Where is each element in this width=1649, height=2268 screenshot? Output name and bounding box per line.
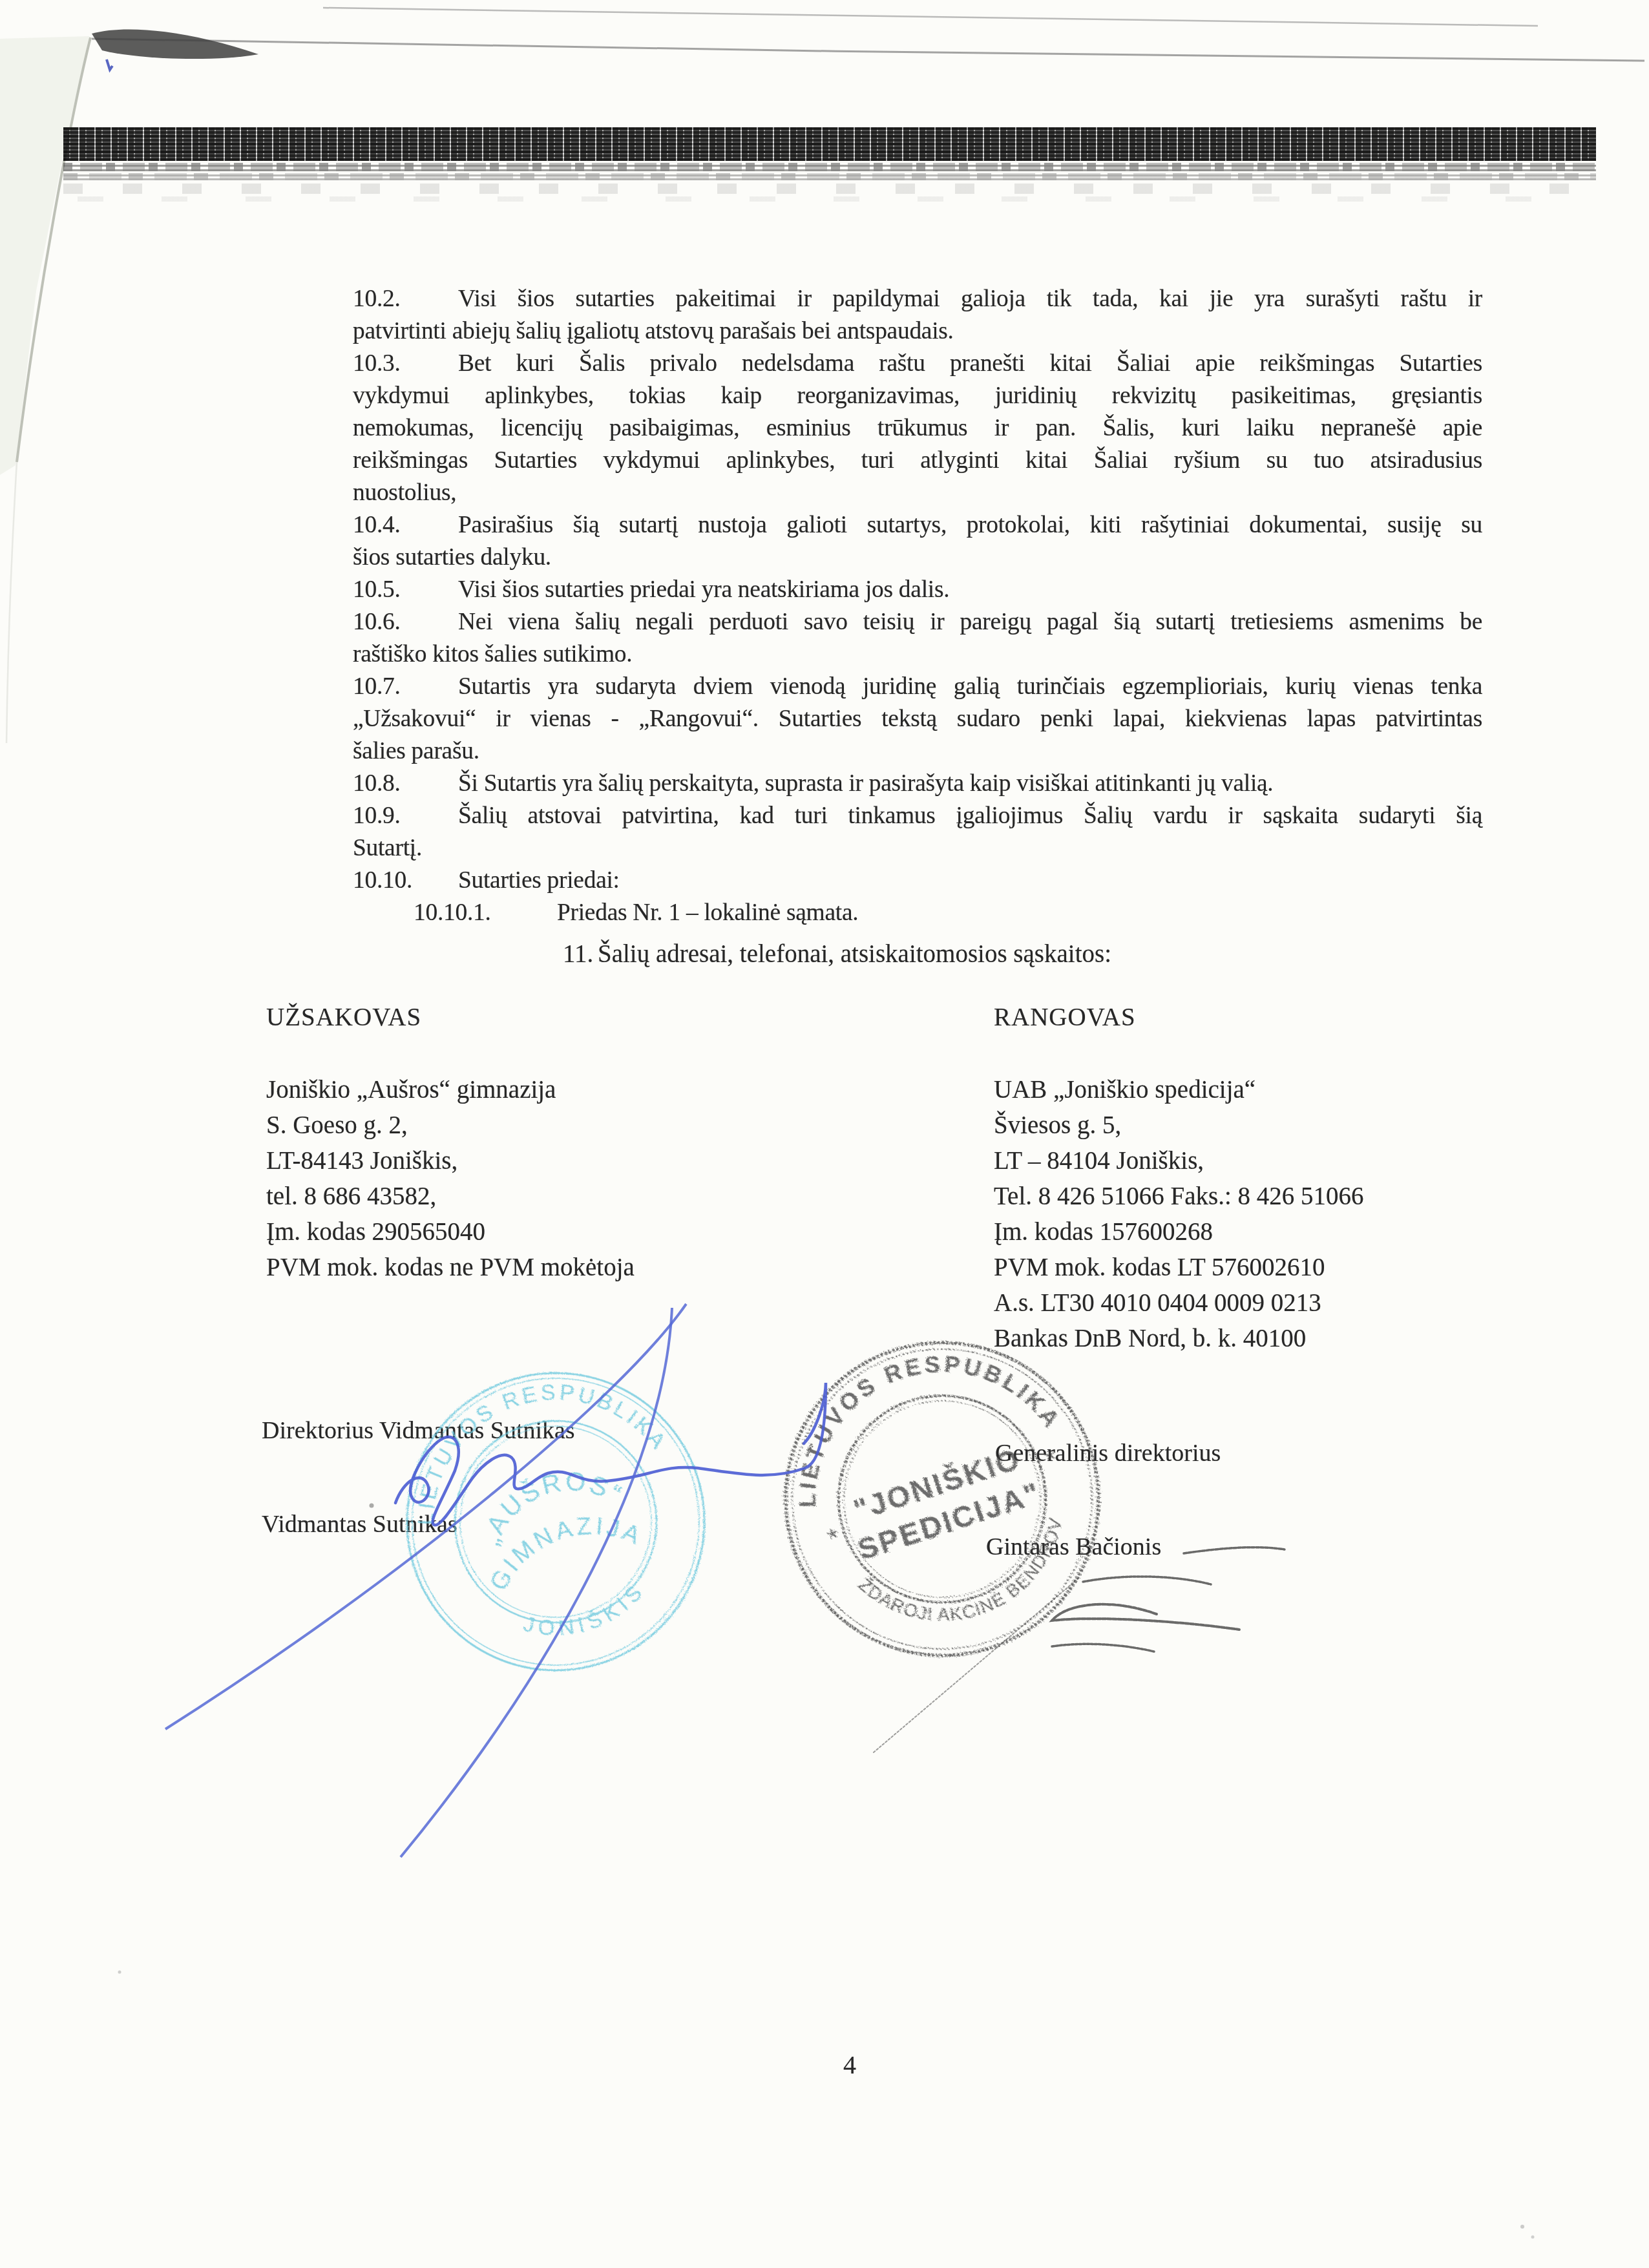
signatures-layer: [0, 0, 1649, 2268]
blue-pen-tick: [107, 59, 112, 70]
pen-stroke-diagonal-long: [165, 1304, 686, 1729]
scanned-contract-page: { "page": {"number": "4"}, "document": {…: [0, 0, 1649, 2268]
pen-stroke-diagonal-steep: [401, 1308, 672, 1857]
right-signature-scribble: [874, 1548, 1285, 1752]
left-signature-scribble: [395, 1383, 826, 1525]
